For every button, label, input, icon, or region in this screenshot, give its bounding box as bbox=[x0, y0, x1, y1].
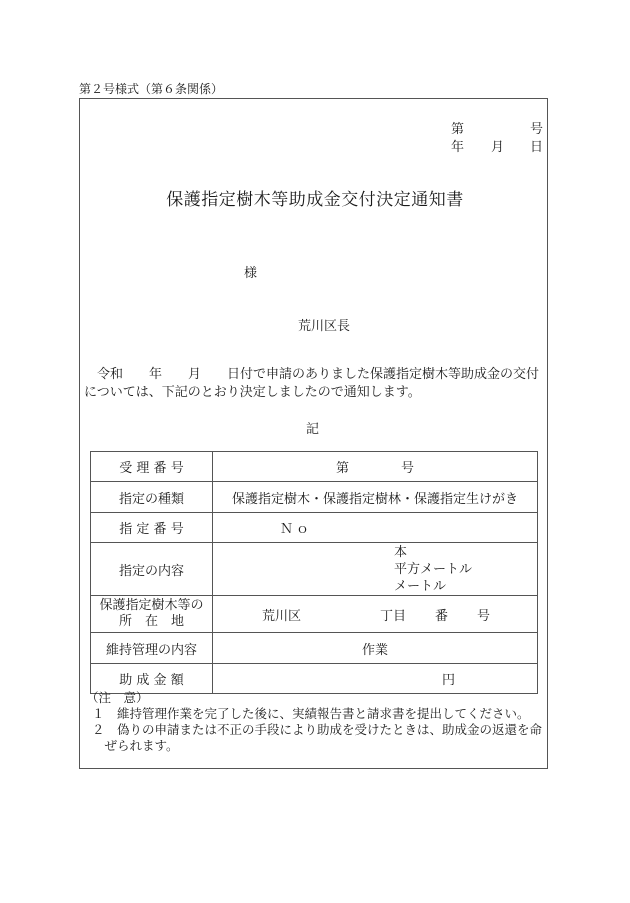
year-label: 年 bbox=[123, 367, 162, 382]
doc-number-suffix: 号 bbox=[530, 118, 543, 137]
issuer-name: 荒川区長 bbox=[298, 315, 350, 334]
decision-table: 受 理 番 号 第号 指定の種類 保護指定樹木・保護指定樹林・保護指定生けがき … bbox=[90, 451, 538, 694]
ki-heading: 記 bbox=[306, 418, 319, 437]
table-row: 指定の内容 本 平方メートル メートル bbox=[91, 543, 538, 596]
receipt-prefix: 第 bbox=[336, 461, 349, 476]
go-label: 号 bbox=[448, 609, 490, 624]
unit-trees: 本 bbox=[394, 544, 537, 561]
label-line-1: 保護指定樹木等の bbox=[91, 598, 212, 614]
date-month: 月 bbox=[491, 136, 504, 155]
unit-square-meters: 平方メートル bbox=[394, 561, 537, 578]
row-label: 指 定 番 号 bbox=[91, 513, 213, 543]
notice-body: 令和年月日付で申請のありました保護指定樹木等助成金の交付については、下記のとおり… bbox=[84, 366, 544, 402]
designation-content-cell: 本 平方メートル メートル bbox=[213, 543, 538, 596]
era-label: 令和 bbox=[84, 367, 123, 382]
table-row: 保護指定樹木等の 所 在 地 荒川区丁目番号 bbox=[91, 596, 538, 633]
table-row: 維持管理の内容 作業 bbox=[91, 633, 538, 664]
addressee-suffix: 様 bbox=[244, 262, 257, 281]
row-label: 指定の内容 bbox=[91, 543, 213, 596]
designation-type-cell: 保護指定樹木・保護指定樹林・保護指定生けがき bbox=[213, 482, 538, 513]
receipt-number-cell: 第号 bbox=[213, 452, 538, 482]
date-year: 年 bbox=[451, 136, 464, 155]
doc-number-prefix: 第 bbox=[451, 118, 464, 137]
document-title: 保護指定樹木等助成金交付決定通知書 bbox=[0, 185, 630, 210]
row-label: 助 成 金 額 bbox=[91, 664, 213, 694]
notes-heading: （注 意） bbox=[86, 690, 542, 706]
row-label: 指定の種類 bbox=[91, 482, 213, 513]
row-label: 保護指定樹木等の 所 在 地 bbox=[91, 596, 213, 633]
ward-name: 荒川区 bbox=[262, 609, 301, 624]
table-row: 指 定 番 号 Ｎｏ bbox=[91, 513, 538, 543]
date-day: 日 bbox=[530, 136, 543, 155]
label-line-2: 所 在 地 bbox=[91, 614, 212, 630]
note-item: ぜられます。 bbox=[86, 738, 542, 754]
form-number-label: 第２号様式（第６条関係） bbox=[79, 80, 223, 97]
row-label: 受 理 番 号 bbox=[91, 452, 213, 482]
unit-meters: メートル bbox=[394, 578, 537, 595]
yen-unit: 円 bbox=[442, 673, 455, 688]
note-item: ２ 偽りの申請または不正の手段により助成を受けたときは、助成金の返還を命 bbox=[86, 722, 542, 738]
chome-label: 丁目 bbox=[301, 609, 406, 624]
row-label: 維持管理の内容 bbox=[91, 633, 213, 664]
table-row: 受 理 番 号 第号 bbox=[91, 452, 538, 482]
designation-number-cell: Ｎｏ bbox=[213, 513, 538, 543]
maintenance-content-cell: 作業 bbox=[213, 633, 538, 664]
month-label: 月 bbox=[162, 367, 201, 382]
table-row: 指定の種類 保護指定樹木・保護指定樹林・保護指定生けがき bbox=[91, 482, 538, 513]
receipt-suffix: 号 bbox=[349, 461, 414, 476]
location-cell: 荒川区丁目番号 bbox=[213, 596, 538, 633]
table-row: 助 成 金 額 円 bbox=[91, 664, 538, 694]
number-prefix: Ｎｏ bbox=[280, 518, 430, 537]
notes-section: （注 意） １ 維持管理作業を完了した後に、実績報告書と請求書を提出してください… bbox=[86, 690, 542, 754]
ban-label: 番 bbox=[406, 609, 448, 624]
note-item: １ 維持管理作業を完了した後に、実績報告書と請求書を提出してください。 bbox=[86, 706, 542, 722]
subsidy-amount-cell: 円 bbox=[213, 664, 538, 694]
